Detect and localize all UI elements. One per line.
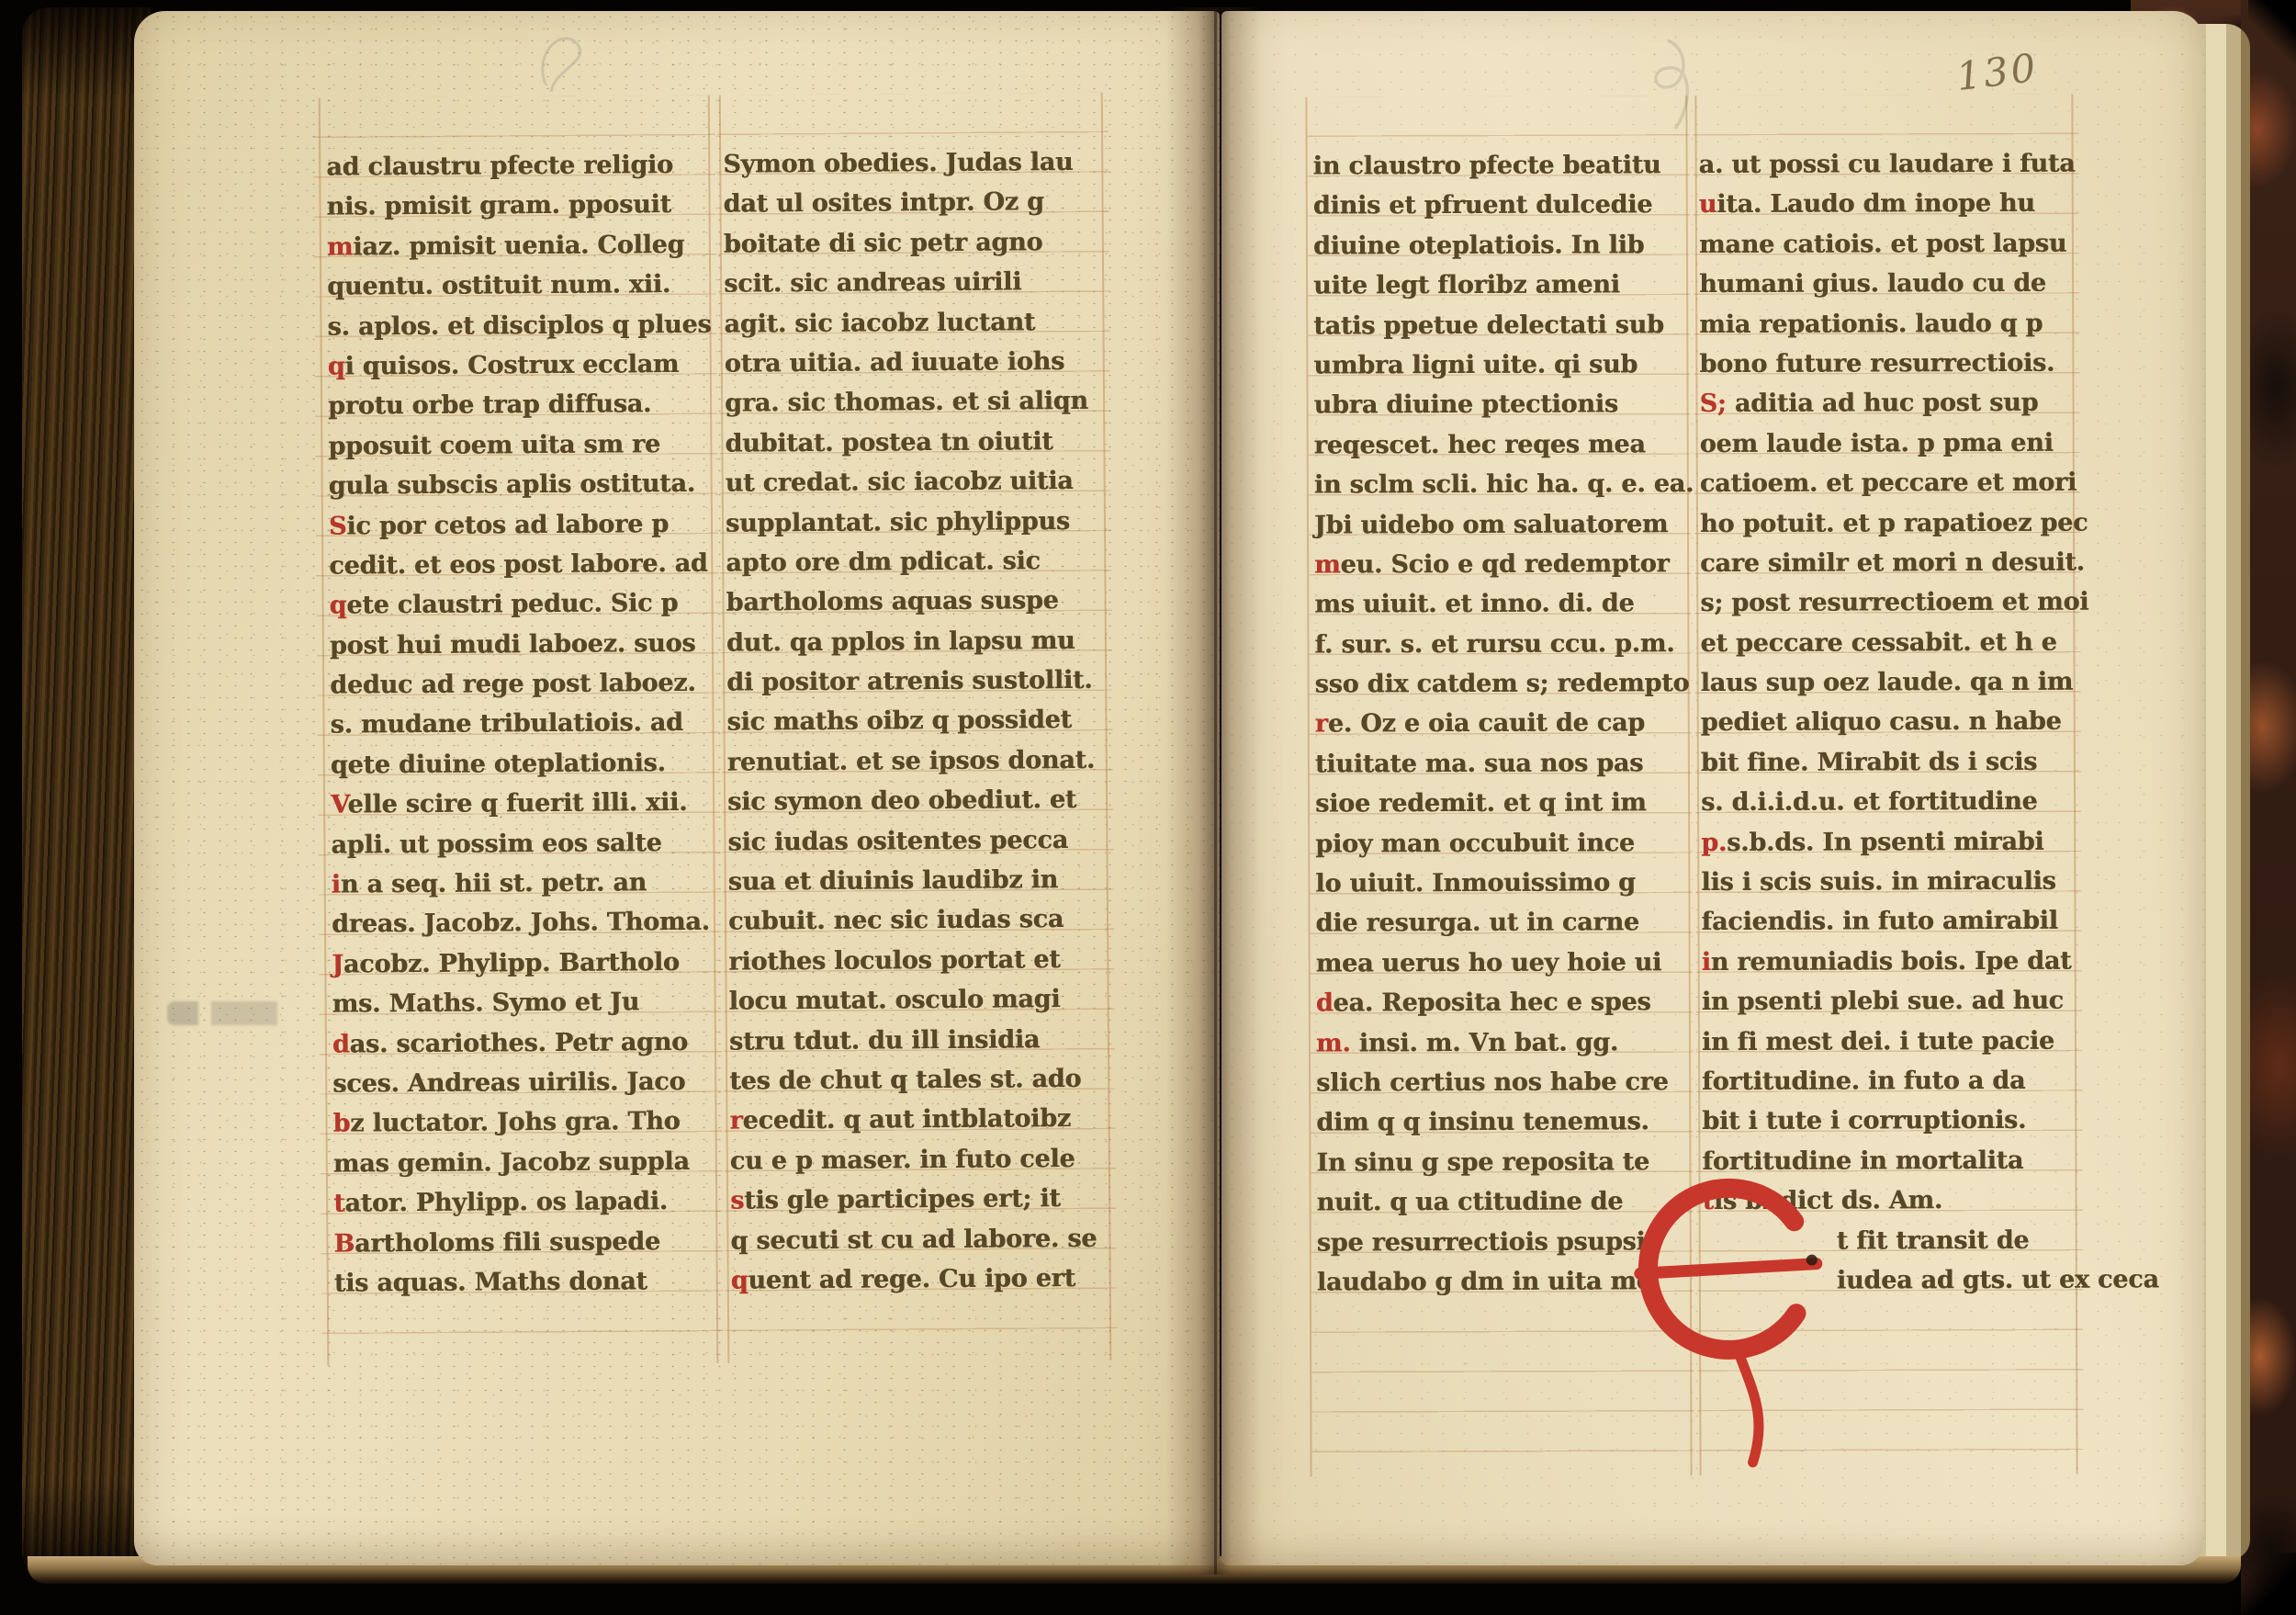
manuscript-text-line: riothes loculos portat et bbox=[728, 940, 1105, 982]
manuscript-text-line: S; aditia ad huc post sup bbox=[1699, 383, 2068, 424]
manuscript-text-line: lo uiuit. Inmouissimo g bbox=[1315, 863, 1684, 904]
manuscript-text-line: quentu. ostituit num. xii. bbox=[327, 265, 705, 307]
manuscript-text-line: s; post resurrectioem et moi bbox=[1700, 582, 2069, 624]
manuscript-spread-photo: ad claustru pfecte religionis. pmisit gr… bbox=[0, 0, 2296, 1615]
manuscript-text-line: s. mudane tribulatiois. ad bbox=[330, 703, 708, 745]
manuscript-text-line: sioe redemit. et q int im bbox=[1315, 783, 1684, 824]
manuscript-text-line: renutiat. et se ipsos donat. bbox=[727, 740, 1104, 783]
background-corner bbox=[2232, 1553, 2296, 1615]
manuscript-text-line: nis. pmisit gram. pposuit bbox=[326, 185, 704, 227]
manuscript-text-line: dinis et pfruent dulcedie bbox=[1313, 186, 1683, 227]
manuscript-text-line: in remuniadis bois. Ipe dat bbox=[1702, 941, 2071, 982]
manuscript-text-line: qete diuine oteplationis. bbox=[331, 743, 709, 785]
manuscript-text-line: cu e p maser. in futo cele bbox=[730, 1139, 1107, 1181]
manuscript-text-line: Sic por cetos ad labore p bbox=[329, 503, 707, 546]
manuscript-text-line: boitate di sic petr agno bbox=[724, 222, 1100, 265]
manuscript-text-line: sso dix catdem s; redempto bbox=[1315, 663, 1684, 705]
manuscript-text-line: tator. Phylipp. os lapadi. bbox=[333, 1181, 712, 1224]
manuscript-text-line: ho potuit. et p rapatioez pec bbox=[1700, 503, 2069, 544]
manuscript-text-line: mea uerus ho uey hoie ui bbox=[1316, 943, 1685, 984]
manuscript-text-line: sic iudas ositentes pecca bbox=[727, 819, 1104, 862]
manuscript-text-line: in sclm scli. hic ha. q. e. ea. bbox=[1314, 464, 1683, 505]
manuscript-text-line: uite legt floribz ameni bbox=[1313, 265, 1683, 306]
manuscript-text-line: scit. sic andreas uirili bbox=[724, 262, 1100, 304]
manuscript-text-line: humani gius. laudo cu de bbox=[1699, 264, 2068, 305]
manuscript-text-line: re. Oz e oia cauit de cap bbox=[1315, 704, 1684, 745]
manuscript-text-line: et peccare cessabit. et h e bbox=[1700, 622, 2069, 663]
manuscript-text-line: s. d.i.i.d.u. et fortitudine bbox=[1701, 782, 2070, 823]
manuscript-text-line: tatis ppetue delectati sub bbox=[1313, 305, 1683, 346]
manuscript-text-line: p.s.b.ds. In psenti mirabi bbox=[1701, 821, 2070, 863]
manuscript-text-line: m. insi. m. Vn bat. gg. bbox=[1316, 1022, 1685, 1064]
text-column-right-2: a. ut possi cu laudare i futauita. Laudo… bbox=[1699, 144, 2072, 1302]
text-column-right-1: in claustro pfecte beatitudinis et pfrue… bbox=[1313, 145, 1686, 1303]
manuscript-text-line: apto ore dm pdicat. sic bbox=[726, 541, 1102, 583]
manuscript-text-line: cedit. et eos post labore. ad bbox=[329, 544, 707, 586]
manuscript-text-line: tis aquas. Maths donat bbox=[334, 1261, 713, 1304]
manuscript-text-line: mas gemin. Jacobz suppla bbox=[333, 1142, 712, 1184]
manuscript-text-line: Bartholoms fili suspede bbox=[333, 1221, 712, 1263]
manuscript-text-line: recedit. q aut intblatoibz bbox=[729, 1099, 1106, 1141]
drop-cap-initial-E bbox=[1626, 1174, 1825, 1478]
manuscript-text-line: supplantat. sic phylippus bbox=[726, 501, 1102, 543]
manuscript-text-line: catioem. et peccare et mori bbox=[1700, 463, 2069, 504]
manuscript-text-line: dat ul osites intpr. Oz g bbox=[723, 182, 1099, 224]
manuscript-text-line: f. sur. s. et rursu ccu. p.m. bbox=[1314, 624, 1683, 665]
manuscript-text-line: ut credat. sic iacobz uitia bbox=[726, 461, 1102, 503]
manuscript-text-line: stru tdut. du ill insidia bbox=[729, 1019, 1106, 1061]
manuscript-text-line: cubuit. nec sic iudas sca bbox=[728, 899, 1105, 942]
manuscript-text-line: locu mutat. osculo magi bbox=[728, 979, 1105, 1022]
manuscript-text-line: diuine oteplatiois. In lib bbox=[1313, 225, 1683, 266]
manuscript-text-line: das. scariothes. Petr agno bbox=[332, 1022, 711, 1064]
right-page: 130 in claustro pfecte beatitudinis et p… bbox=[1221, 11, 2204, 1565]
manuscript-text-line: sua et diuinis laudibz in bbox=[728, 860, 1105, 902]
manuscript-text-line: mia repationis. laudo q p bbox=[1699, 303, 2068, 344]
manuscript-text-line: uita. Laudo dm inope hu bbox=[1699, 184, 2068, 225]
manuscript-text-line: dea. Reposita hec e spes bbox=[1316, 982, 1685, 1023]
manuscript-text-line: miaz. pmisit uenia. Colleg bbox=[327, 225, 705, 267]
manuscript-text-line: bit fine. Mirabit ds i scis bbox=[1701, 742, 2070, 784]
manuscript-text-line: Velle scire q fuerit illi. xii. bbox=[331, 783, 709, 825]
manuscript-text-line: faciendis. in futo amirabil bbox=[1701, 901, 2070, 943]
manuscript-text-line: Jacobz. Phylipp. Bartholo bbox=[332, 943, 710, 985]
manuscript-text-line: dreas. Jacobz. Johs. Thoma. bbox=[332, 902, 710, 944]
manuscript-text-line: oem laude ista. p pma eni bbox=[1700, 423, 2069, 464]
manuscript-text-line: q secuti st cu ad labore. se bbox=[730, 1218, 1107, 1260]
manuscript-text-line: dut. qa pplos in lapsu mu bbox=[726, 620, 1103, 662]
book-gutter-shadow bbox=[1166, 7, 1262, 1575]
manuscript-text-line: mane catiois. et post lapsu bbox=[1699, 223, 2068, 265]
manuscript-text-line: Jbi uidebo om saluatorem bbox=[1314, 504, 1683, 546]
manuscript-text-line: di positor atrenis sustollit. bbox=[726, 661, 1103, 703]
left-page: ad claustru pfecte religionis. pmisit gr… bbox=[134, 11, 1220, 1565]
manuscript-text-line: gra. sic thomas. et si aliqn bbox=[725, 381, 1101, 424]
manuscript-text-line: protu orbe trap diffusa. bbox=[328, 384, 706, 426]
manuscript-text-line: care similr et mori n desuit. bbox=[1700, 543, 2069, 584]
manuscript-text-line: umbra ligni uite. qi sub bbox=[1313, 344, 1683, 386]
manuscript-text-line: in fi mest dei. i tute pacie bbox=[1702, 1021, 2071, 1062]
manuscript-text-line: slich certius nos habe cre bbox=[1316, 1062, 1685, 1103]
manuscript-text-line: qi quisos. Costrux ecclam bbox=[328, 344, 706, 387]
manuscript-text-line: dim q q insinu tenemus. bbox=[1316, 1101, 1685, 1143]
manuscript-text-line: reqescet. hec reqes mea bbox=[1314, 424, 1683, 466]
manuscript-text-line: pposuit coem uita sm re bbox=[328, 424, 706, 466]
manuscript-text-line: sic maths oibz q possidet bbox=[726, 700, 1103, 742]
manuscript-text-line: ms. Maths. Symo et Ju bbox=[332, 982, 710, 1024]
manuscript-text-line: tiuitate ma. sua nos pas bbox=[1315, 743, 1684, 785]
manuscript-text-line: meu. Scio e qd redemptor bbox=[1314, 544, 1683, 585]
manuscript-text-line: quent ad rege. Cu ipo ert bbox=[731, 1259, 1108, 1301]
manuscript-text-line: ad claustru pfecte religio bbox=[326, 145, 704, 187]
manuscript-text-line: tes de chut q tales st. ado bbox=[729, 1059, 1106, 1101]
manuscript-text-line: dubitat. postea tn oiutit bbox=[725, 421, 1101, 463]
manuscript-text-line: ms uiuit. et inno. di. de bbox=[1314, 583, 1683, 625]
manuscript-text-line: pediet aliquo casu. n habe bbox=[1701, 702, 2070, 743]
manuscript-text-line: in psenti plebi sue. ad huc bbox=[1702, 981, 2071, 1022]
manuscript-text-line: a. ut possi cu laudare i futa bbox=[1699, 144, 2068, 186]
manuscript-text-line: ubra diuine ptectionis bbox=[1313, 384, 1683, 425]
manuscript-text-line: apli. ut possim eos salte bbox=[331, 822, 709, 864]
manuscript-text-line: stis gle participes ert; it bbox=[730, 1179, 1107, 1221]
manuscript-text-line: in a seq. hii st. petr. an bbox=[332, 863, 710, 905]
manuscript-text-line: s. aplos. et disciplos q plues bbox=[327, 304, 705, 346]
manuscript-text-line: sces. Andreas uirilis. Jaco bbox=[332, 1062, 711, 1104]
manuscript-text-line: sic symon deo obediut. et bbox=[727, 780, 1104, 822]
manuscript-text-line: fortitudine. in futo a da bbox=[1702, 1061, 2071, 1102]
manuscript-text-line: lis i scis suis. in miraculis bbox=[1701, 862, 2070, 903]
manuscript-text-line: laus sup oez laude. qa n im bbox=[1701, 662, 2070, 704]
manuscript-text-line: bit i tute i corruptionis. bbox=[1702, 1101, 2071, 1142]
manuscript-text-line: deduc ad rege post laboez. bbox=[330, 663, 708, 706]
manuscript-text-line: die resurga. ut in carne bbox=[1315, 903, 1684, 944]
manuscript-text-line: qete claustri peduc. Sic p bbox=[329, 583, 707, 626]
manuscript-text-line: agit. sic iacobz luctant bbox=[724, 301, 1100, 344]
text-column-left-1: ad claustru pfecte religionis. pmisit gr… bbox=[326, 145, 713, 1304]
manuscript-text-line: otra uitia. ad iuuate iohs bbox=[725, 342, 1101, 384]
manuscript-text-line: in claustro pfecte beatitu bbox=[1313, 145, 1683, 186]
manuscript-text-line: gula subscis aplis ostituta. bbox=[329, 464, 707, 506]
text-column-left-2: Symon obedies. Judas laudat ul osites in… bbox=[723, 142, 1108, 1301]
manuscript-text-line: bz luctator. Johs gra. Tho bbox=[332, 1101, 711, 1144]
manuscript-text-line: bono future resurrectiois. bbox=[1699, 344, 2068, 385]
manuscript-text-line: post hui mudi laboez. suos bbox=[330, 623, 708, 665]
manuscript-text-line: Symon obedies. Judas lau bbox=[723, 142, 1099, 185]
background-corner bbox=[2248, 0, 2296, 64]
manuscript-text-line: bartholoms aquas suspe bbox=[726, 581, 1102, 623]
manuscript-text-line: pioy man occubuit ince bbox=[1315, 823, 1684, 864]
